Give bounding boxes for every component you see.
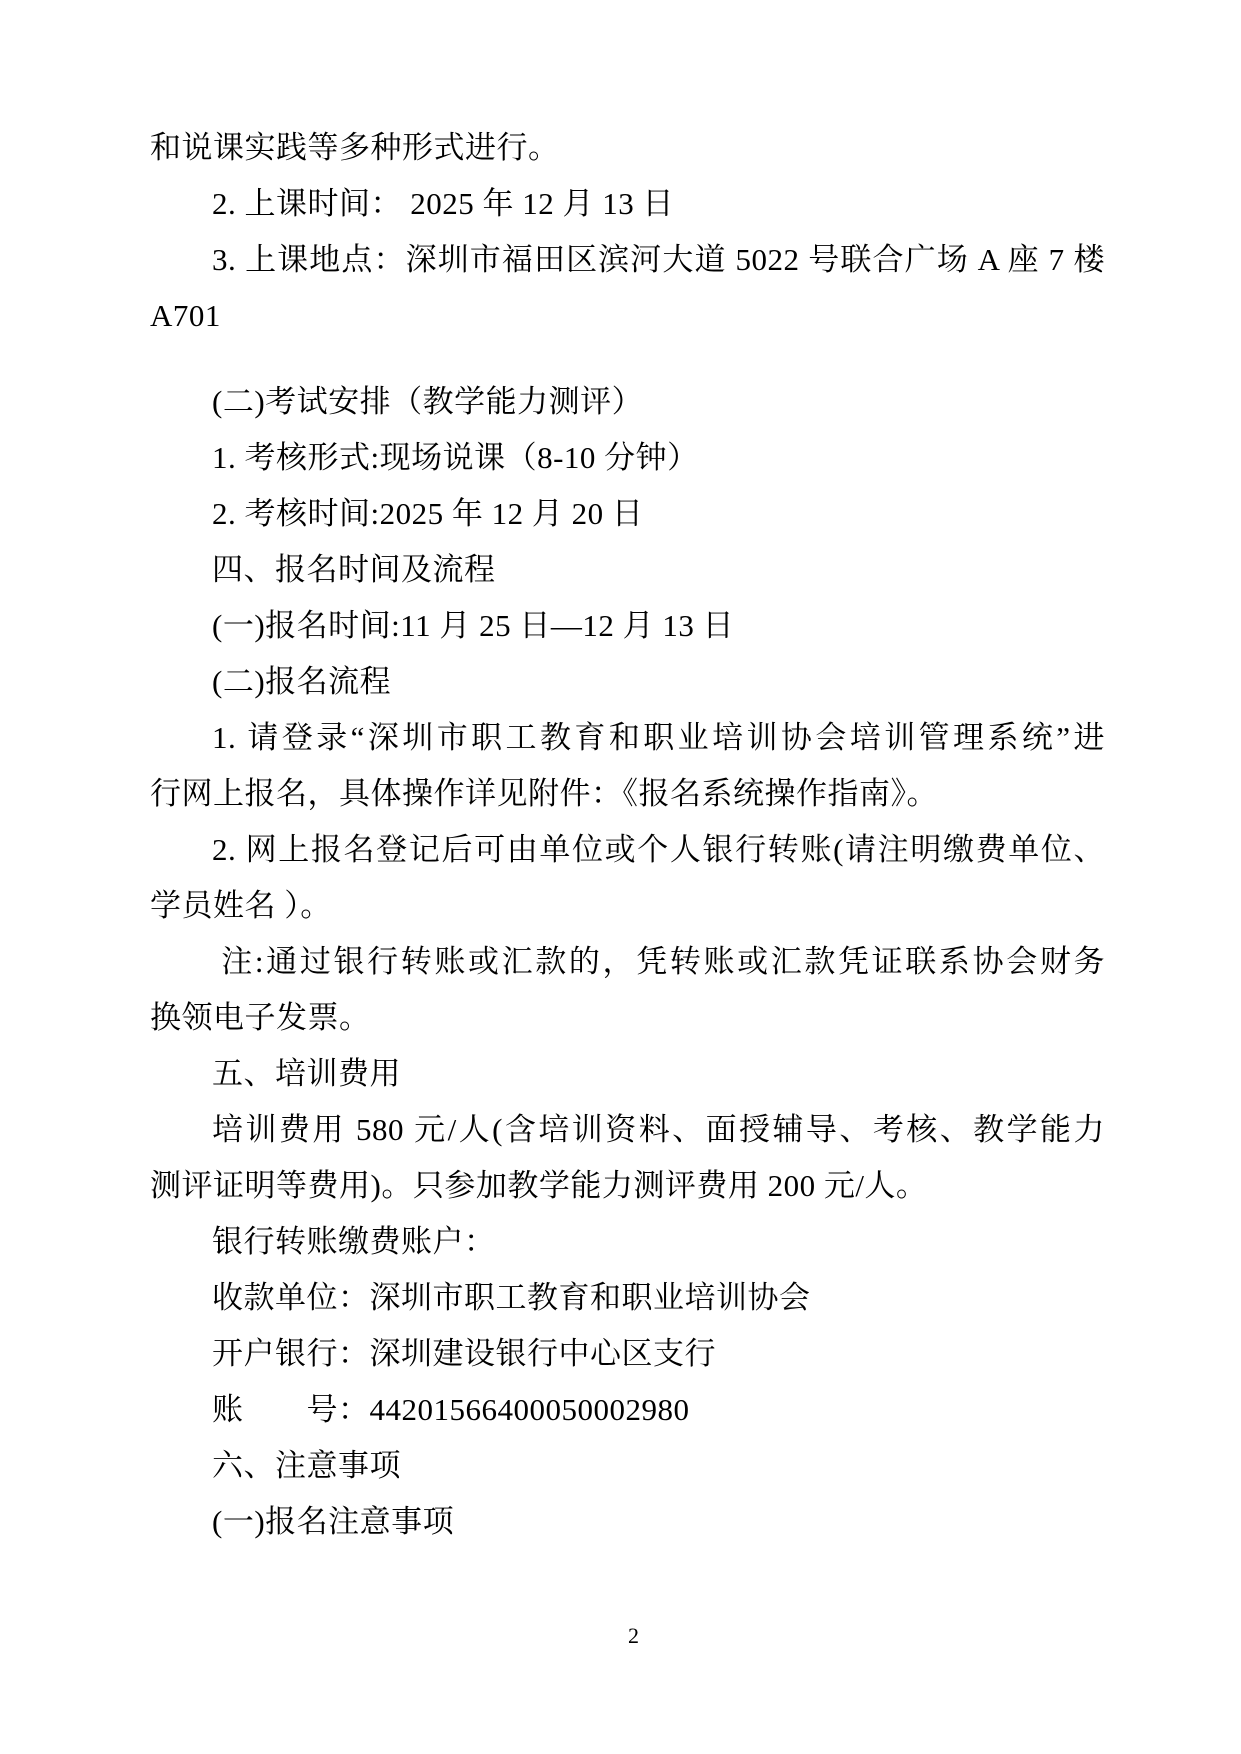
page-footer: 2 — [0, 1622, 1241, 1650]
text-line: 五、培训费用 — [150, 1046, 1105, 1102]
text-line: 行网上报名，具体操作详见附件：《报名系统操作指南》。 — [150, 766, 1105, 822]
text-line: 注:通过银行转账或汇款的，凭转账或汇款凭证联系协会财务 — [150, 934, 1105, 990]
text-line: 2. 考核时间:2025 年 12 月 20 日 — [150, 486, 1105, 542]
text-line: 1. 请登录“深圳市职工教育和职业培训协会培训管理系统”进 — [150, 710, 1105, 766]
text-line: (二)报名流程 — [150, 654, 1105, 710]
text-line: (二)考试安排（教学能力测评） — [150, 374, 1105, 430]
text-line: 换领电子发票。 — [150, 990, 1105, 1046]
text-line: 六、注意事项 — [150, 1438, 1105, 1494]
text-line: 开户银行：深圳建设银行中心区支行 — [150, 1326, 1105, 1382]
text-line: 2. 上课时间： 2025 年 12 月 13 日 — [150, 176, 1105, 232]
text-line: (一)报名注意事项 — [150, 1494, 1105, 1550]
text-line: (一)报名时间:11 月 25 日—12 月 13 日 — [150, 598, 1105, 654]
page-number: 2 — [628, 1623, 639, 1648]
document-page: 和说课实践等多种形式进行。2. 上课时间： 2025 年 12 月 13 日3.… — [0, 0, 1241, 1754]
text-line: 银行转账缴费账户： — [150, 1214, 1105, 1270]
document-body: 和说课实践等多种形式进行。2. 上课时间： 2025 年 12 月 13 日3.… — [150, 120, 1105, 1550]
text-line: A701 — [150, 288, 1105, 344]
text-line: 学员姓名 ）。 — [150, 878, 1105, 934]
text-line: 账 号：44201566400050002980 — [150, 1382, 1105, 1438]
text-line: 培训费用 580 元/人(含培训资料、面授辅导、考核、教学能力 — [150, 1102, 1105, 1158]
text-line: 1. 考核形式:现场说课（8-10 分钟） — [150, 430, 1105, 486]
text-line: 收款单位：深圳市职工教育和职业培训协会 — [150, 1270, 1105, 1326]
text-line: 测评证明等费用)。只参加教学能力测评费用 200 元/人。 — [150, 1158, 1105, 1214]
text-line: 2. 网上报名登记后可由单位或个人银行转账(请注明缴费单位、 — [150, 822, 1105, 878]
text-line: 四、报名时间及流程 — [150, 542, 1105, 598]
text-line: 3. 上课地点：深圳市福田区滨河大道 5022 号联合广场 A 座 7 楼 — [150, 232, 1105, 288]
text-line: 和说课实践等多种形式进行。 — [150, 120, 1105, 176]
